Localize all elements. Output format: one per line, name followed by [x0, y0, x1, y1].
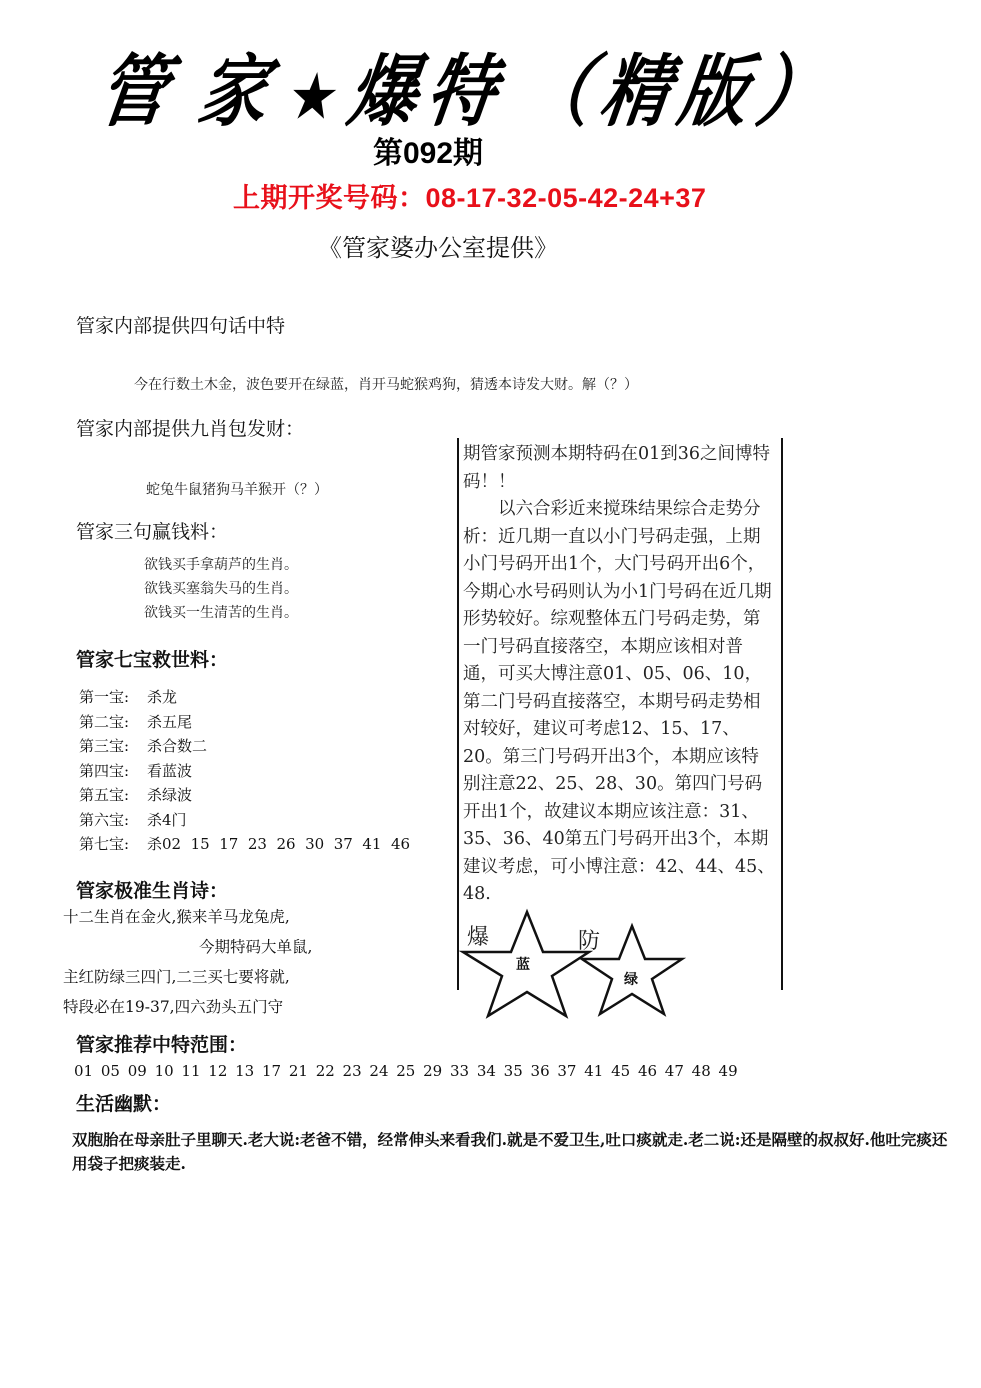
- treasure-label: 第五宝:: [79, 783, 147, 808]
- star-inner-green: 绿: [624, 969, 638, 989]
- list-item: 第七宝:杀02 15 17 23 26 30 37 41 46: [79, 832, 410, 857]
- treasure-value: 杀4门: [147, 811, 187, 829]
- issue-number: 第092期: [373, 128, 483, 172]
- four-sentences-text: 今在行数土木金，波色要开在绿蓝，肖开马蛇猴鸡狗，猜透本诗发大财。解（？）: [134, 374, 638, 394]
- title-char: 家: [193, 47, 284, 138]
- poem-line: 特段必在19-37,四六劲头五门守: [63, 995, 363, 1025]
- list-item: 第六宝:杀4门: [79, 808, 410, 833]
- poem-line: 主红防绿三四门,二三买七要将就,: [63, 965, 363, 995]
- title-char: 管: [93, 47, 184, 138]
- treasure-value: 杀02 15 17 23 26 30 37 41 46: [147, 835, 410, 853]
- list-item: 欲钱买手拿葫芦的生肖。: [144, 553, 298, 577]
- list-item: 第四宝:看蓝波: [79, 759, 410, 784]
- analysis-paragraph: 期管家预测本期特码在01到36之间博特码！！: [463, 441, 775, 496]
- star-icon: ★: [283, 60, 354, 135]
- four-sentences-heading: 管家内部提供四句话中特: [76, 311, 285, 338]
- treasure-label: 第四宝:: [79, 759, 147, 784]
- list-item: 欲钱买塞翁失马的生肖。: [144, 577, 298, 601]
- treasure-label: 第六宝:: [79, 808, 147, 833]
- nine-zodiac-text: 蛇兔牛鼠猪狗马羊猴开（？）: [146, 479, 328, 499]
- recommended-range-numbers: 01 05 09 10 11 12 13 17 21 22 23 24 25 2…: [74, 1062, 738, 1080]
- treasure-value: 杀五尾: [147, 713, 192, 731]
- recommended-range-heading: 管家推荐中特范围：: [76, 1030, 247, 1057]
- treasure-label: 第三宝:: [79, 734, 147, 759]
- title-paren: ）: [751, 47, 842, 138]
- title-paren: （: [517, 47, 608, 138]
- treasure-value: 杀绿波: [147, 786, 192, 804]
- list-item: 第三宝:杀合数二: [79, 734, 410, 759]
- three-sentences-list: 欲钱买手拿葫芦的生肖。 欲钱买塞翁失马的生肖。 欲钱买一生清苦的生肖。: [144, 553, 298, 625]
- treasure-label: 第一宝:: [79, 685, 147, 710]
- list-item: 第二宝:杀五尾: [79, 710, 410, 735]
- last-draw-result: 上期开奖号码：08-17-32-05-42-24+37: [233, 176, 706, 215]
- three-sentences-heading: 管家三句赢钱料：: [76, 517, 228, 544]
- last-draw-label: 上期开奖号码：: [233, 183, 426, 213]
- title-char: 特: [421, 47, 512, 138]
- seven-treasures-list: 第一宝:杀龙 第二宝:杀五尾 第三宝:杀合数二 第四宝:看蓝波 第五宝:杀绿波 …: [79, 685, 410, 857]
- treasure-value: 杀龙: [147, 688, 177, 706]
- page-title: 管家★爆特（精版）: [93, 30, 828, 134]
- nine-zodiac-heading: 管家内部提供九肖包发财：: [76, 414, 304, 441]
- zodiac-poem: 十二生肖在金火,猴来羊马龙兔虎, 今期特码大单鼠, 主红防绿三四门,二三买七要将…: [63, 905, 363, 1025]
- seven-treasures-heading: 管家七宝救世料：: [76, 645, 228, 672]
- analysis-text: 期管家预测本期特码在01到36之间博特码！！ 以六合彩近来搅珠结果综合走势分析：…: [463, 441, 775, 909]
- poem-line: 今期特码大单鼠,: [63, 935, 363, 965]
- provider-credit: 《管家婆办公室提供》: [318, 228, 558, 263]
- analysis-paragraph: 以六合彩近来搅珠结果综合走势分析：近几期一直以小门号码走强，上期小门号码开出1个…: [463, 496, 775, 909]
- title-char: 精: [595, 47, 686, 138]
- humor-text: 双胞胎在母亲肚子里聊天.老大说:老爸不错，经常伸头来看我们.就是不爱卫生,吐口痰…: [72, 1128, 952, 1176]
- list-item: 欲钱买一生清苦的生肖。: [144, 601, 298, 625]
- treasure-label: 第二宝:: [79, 710, 147, 735]
- title-char: 爆: [343, 47, 434, 138]
- humor-heading: 生活幽默：: [76, 1089, 171, 1116]
- star-inner-blue: 蓝: [516, 954, 530, 974]
- poem-line: 十二生肖在金火,猴来羊马龙兔虎,: [63, 905, 363, 935]
- last-draw-numbers: 08-17-32-05-42-24+37: [426, 183, 707, 213]
- treasure-label: 第七宝:: [79, 832, 147, 857]
- title-char: 版: [673, 47, 764, 138]
- treasure-value: 杀合数二: [147, 737, 207, 755]
- zodiac-poem-heading: 管家极准生肖诗：: [76, 876, 228, 903]
- treasure-value: 看蓝波: [147, 762, 192, 780]
- list-item: 第五宝:杀绿波: [79, 783, 410, 808]
- list-item: 第一宝:杀龙: [79, 685, 410, 710]
